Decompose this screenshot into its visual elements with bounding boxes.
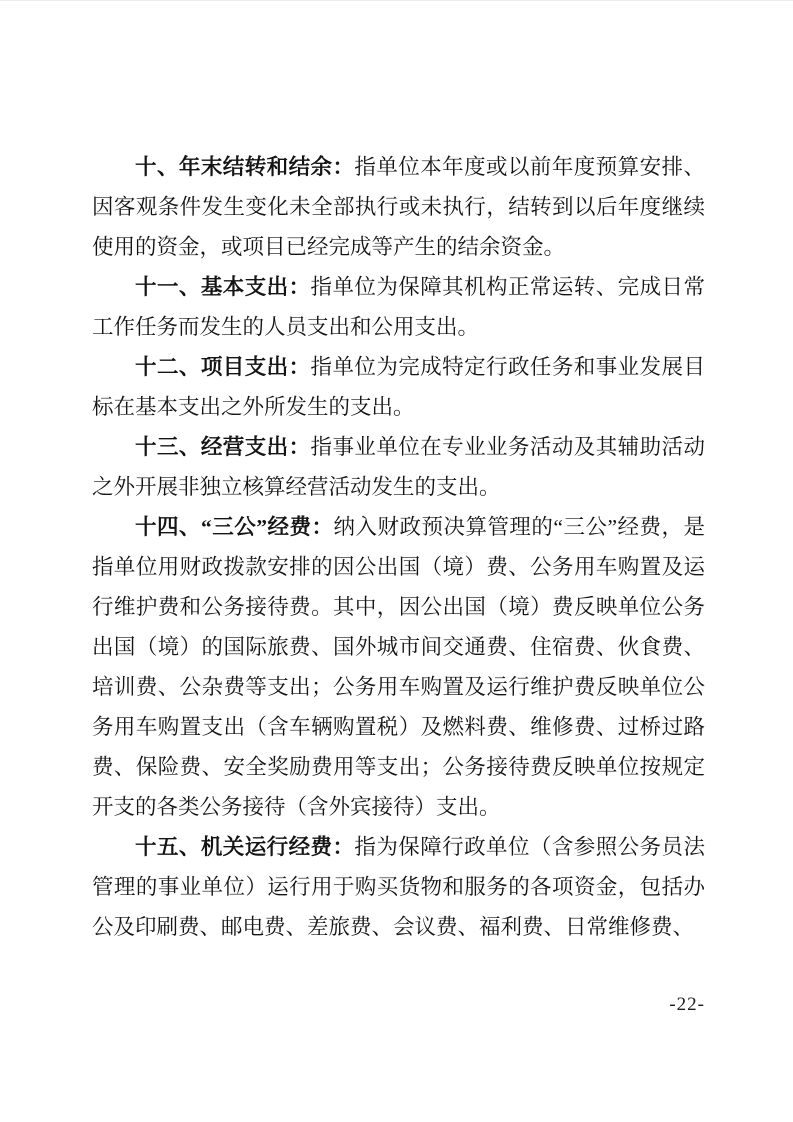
- definition-paragraph-13: 十三、经营支出：指事业单位在专业业务活动及其辅助活动之外开展非独立核算经营活动发…: [92, 427, 705, 507]
- page-number: -22-: [0, 994, 705, 1016]
- definition-term: 十四、“三公”经费：: [135, 515, 333, 539]
- definition-paragraph-10: 十、年末结转和结余：指单位本年度或以前年度预算安排、因客观条件发生变化未全部执行…: [92, 147, 705, 267]
- definition-term: 十二、项目支出：: [135, 355, 311, 379]
- definition-paragraph-11: 十一、基本支出：指单位为保障其机构正常运转、完成日常工作任务而发生的人员支出和公…: [92, 267, 705, 347]
- definition-term: 十五、机关运行经费：: [135, 835, 354, 859]
- definition-paragraph-12: 十二、项目支出：指单位为完成特定行政任务和事业发展目标在基本支出之外所发生的支出…: [92, 347, 705, 427]
- definition-paragraph-14: 十四、“三公”经费：纳入财政预决算管理的“三公”经费，是指单位用财政拨款安排的因…: [92, 507, 705, 827]
- document-body-text: 十、年末结转和结余：指单位本年度或以前年度预算安排、因客观条件发生变化未全部执行…: [92, 147, 705, 947]
- document-page: 十、年末结转和结余：指单位本年度或以前年度预算安排、因客观条件发生变化未全部执行…: [0, 0, 793, 1122]
- definition-term: 十三、经营支出：: [135, 435, 311, 459]
- definition-paragraph-15: 十五、机关运行经费：指为保障行政单位（含参照公务员法管理的事业单位）运行用于购买…: [92, 827, 705, 947]
- definition-term: 十一、基本支出：: [135, 275, 311, 299]
- definition-term: 十、年末结转和结余：: [135, 155, 354, 179]
- definition-text: 纳入财政预决算管理的“三公”经费，是指单位用财政拨款安排的因公出国（境）费、公务…: [92, 515, 705, 819]
